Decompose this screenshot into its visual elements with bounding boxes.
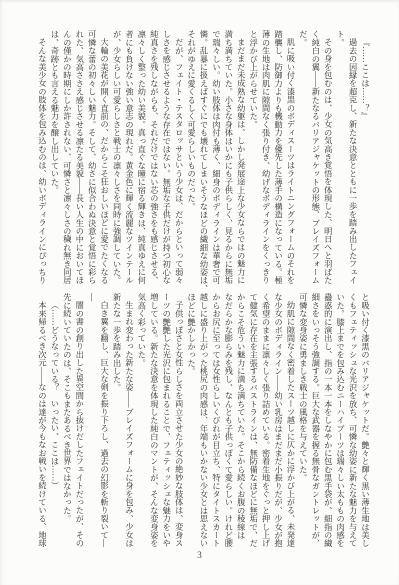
text-line: からこそ危うい魅力に満ち満ちていた。そこから続くお腹の稜線は bbox=[234, 293, 246, 546]
text-line: は、奇跡とも言える魅力を醸し出していた。 bbox=[48, 30, 60, 283]
text-line: そんな美少女の肢体を包み込むのは、幼いボディラインにぴっちり bbox=[36, 30, 48, 283]
text-line: 越しに盛り上がった桃尻の肉感は、年端もいかない少女とは思えない bbox=[197, 293, 209, 546]
text-line: （……どうなっている？ いったい、ここは……） bbox=[48, 293, 60, 546]
text-line: 生まれ変わった新たな姿――ブレイズフォームに身を包み、少女は bbox=[123, 293, 135, 546]
text-line: 子供っぽさと女性らしさを両立させた少女の絶妙な肢体は、変身ス bbox=[172, 293, 184, 546]
text-line: 純真さを残しながらも、それだけではない芯の強さをも感じさせる、 bbox=[147, 30, 159, 283]
text-line: れた、気高ささえ感じさせる凛たる美貌――長い人生の中においてほ bbox=[73, 30, 85, 283]
text-line: と吸い付く漆黒のバリアジャケットだ。艶々と輝く黒い薄生地は美し bbox=[359, 293, 371, 546]
text-line: 憐。乱暴に扱えばすぐにでも壊れてしまいそうなほどの繊細な幼姿は、 bbox=[197, 30, 209, 283]
text-line: く希望のままに凛々しく張り詰めている。密着生地をぐっと押し上げ bbox=[259, 293, 271, 546]
text-line: 可憐な蕾の初々しい魅力。そして、幼さに似合わぬ決意と覚悟に彩ら bbox=[85, 30, 97, 283]
text-line: 本来帰るべき次元――なのは達が今もなお戦いを続けている、地球 bbox=[36, 293, 48, 546]
text-line: なだらかな膨らみを残し、なんとも子供っぽくて愛らしい。けれど腰 bbox=[222, 293, 234, 546]
text-line: だ。 bbox=[296, 30, 308, 283]
text-line: それがゆえに愛くるしく可愛らしいものだった。 bbox=[185, 30, 197, 283]
text-line: 凛々しく整った幼い美貌。真っ直ぐな瞳に宿る輝きは、純真ゆえに何 bbox=[135, 30, 147, 283]
text-line: その身を包むのは、少女の気高き覚悟を体現した、明日へと羽ばた bbox=[321, 30, 333, 283]
text-line: く純白の翼――新たなるバリアジャケットの形態、ブレイズフォーム bbox=[309, 30, 321, 283]
text-line: て健気に存在を主張するバストラインは、無防備なほどに無垢で、だ bbox=[247, 293, 259, 546]
text-line: 増している。新たな決意を体現した純白のマントが、そんな変身姿を bbox=[147, 293, 159, 546]
text-line: で瑞々しい。幼い肢体は肉付も薄く、細身のボディラインは華奢で可 bbox=[210, 30, 222, 283]
text-line: んの僅かの時期にしか許されない、可憐さと凛々しさの穢れ無き同居 bbox=[60, 30, 72, 283]
text-line: 肌に吸い付く漆黒のボディスーツはライトニングフォームのそれを bbox=[284, 30, 296, 283]
text-line: 新たな一歩を踏み出した。 bbox=[110, 293, 122, 546]
text-line: まだまだ未成熟な幼躯は、しかし発展途上な少女ならではの魅力に bbox=[234, 30, 246, 283]
text-line: 先に続いていたのは、そこもまたあるべき世界ではなかった。 bbox=[60, 293, 72, 546]
text-line: が、少女らしい可愛らしさと戦士の凛々しさを同時に強調していた。 bbox=[110, 30, 122, 283]
text-line: ーツの艶艶した光沢に包まれることで、フェティッシュな魅力をいや bbox=[160, 293, 172, 546]
page-number: 3 bbox=[0, 551, 399, 561]
text-line: な少女のボディライン――幼い乳房はまだまだ小振りだが、少女が抱 bbox=[272, 293, 284, 546]
text-line: 白き翼を翻し、巨大な剣を振り下ろし、過去の幻影を斬り裂いて― bbox=[98, 293, 110, 546]
text-line: 踏襲し、防御力よりも機動力を優先した薄手の構造になっている。極 bbox=[272, 30, 284, 283]
text-line: ト。 bbox=[334, 30, 346, 283]
text-line: ― bbox=[85, 293, 97, 546]
upper-text-block: 『……ここは……？』過去の因縁を超克し、新たな決意とともに一歩を踏み出したフェイ… bbox=[36, 30, 371, 283]
text-line: 者にも負けない強い意志の現れだ。黄金色に輝く流麗なツインテール bbox=[123, 30, 135, 283]
text-line: くもフェティッシュな光沢を放ち、可憐な幼姿に新たな魅力を与えて bbox=[346, 293, 358, 546]
text-line: ほどに艶かしかった。 bbox=[185, 293, 197, 546]
text-line: しさを感じさせるような存在ではない。無垢な子供だけが持つ初心な bbox=[160, 30, 172, 283]
text-line: 過去の因縁を超克し、新たな決意とともに一歩を踏み出したフェイ bbox=[346, 30, 358, 283]
text-line: 気高く彩っていた。 bbox=[135, 293, 147, 546]
lower-text-block: と吸い付く漆黒のバリアジャケットだ。艶々と輝く黒い薄生地は美しくもフェティッシュ… bbox=[36, 293, 371, 546]
text-line: 闇の書の創り出した異空間から抜けだしたフェイトだったが、その bbox=[73, 293, 85, 546]
text-line: からお尻に至っては女性らしいくびれが目立ち、特にタイトスカート bbox=[210, 293, 222, 546]
text-line: 薄の生地は肉肌に隙間なく張り付き、幼げなボディラインをくっきり bbox=[259, 30, 271, 283]
text-line: 可憐な変身姿に勇ましき戦士の風格を与えていた。 bbox=[296, 293, 308, 546]
text-line: 蠱惑的に演出し、指の一本一本をしなやかに包む黒手袋が、細指の繊 bbox=[321, 293, 333, 546]
text-line: と浮かび上がらせていた。 bbox=[247, 30, 259, 283]
text-line: いた。膝上までを包み込むニーハイブーツは瑞々しい太ももの肉感を bbox=[334, 293, 346, 546]
text-line: 『……ここは……？』 bbox=[359, 30, 371, 283]
novel-page: 『……ここは……？』過去の因縁を超克し、新たな決意とともに一歩を踏み出したフェイ… bbox=[0, 0, 399, 585]
text-line: 細さをいっそう強調する。巨大な武器を握る無骨なガントレットが、 bbox=[309, 293, 321, 546]
text-line: 幼肌に隙間なく密着したスーツ越しに仄かに浮かび上がる、未発達 bbox=[284, 293, 296, 546]
text-line: 大輪の美花が開く直前の、だからこそ狂おしいほどに愛でたくなる bbox=[98, 30, 110, 283]
text-line: だが、フェイト・テスタロッサという少女は、だからといって弱々 bbox=[172, 30, 184, 283]
text-line: 満ち満ちていた。小さな身体はいかにも子供らしく、見るからに無垢 bbox=[222, 30, 234, 283]
